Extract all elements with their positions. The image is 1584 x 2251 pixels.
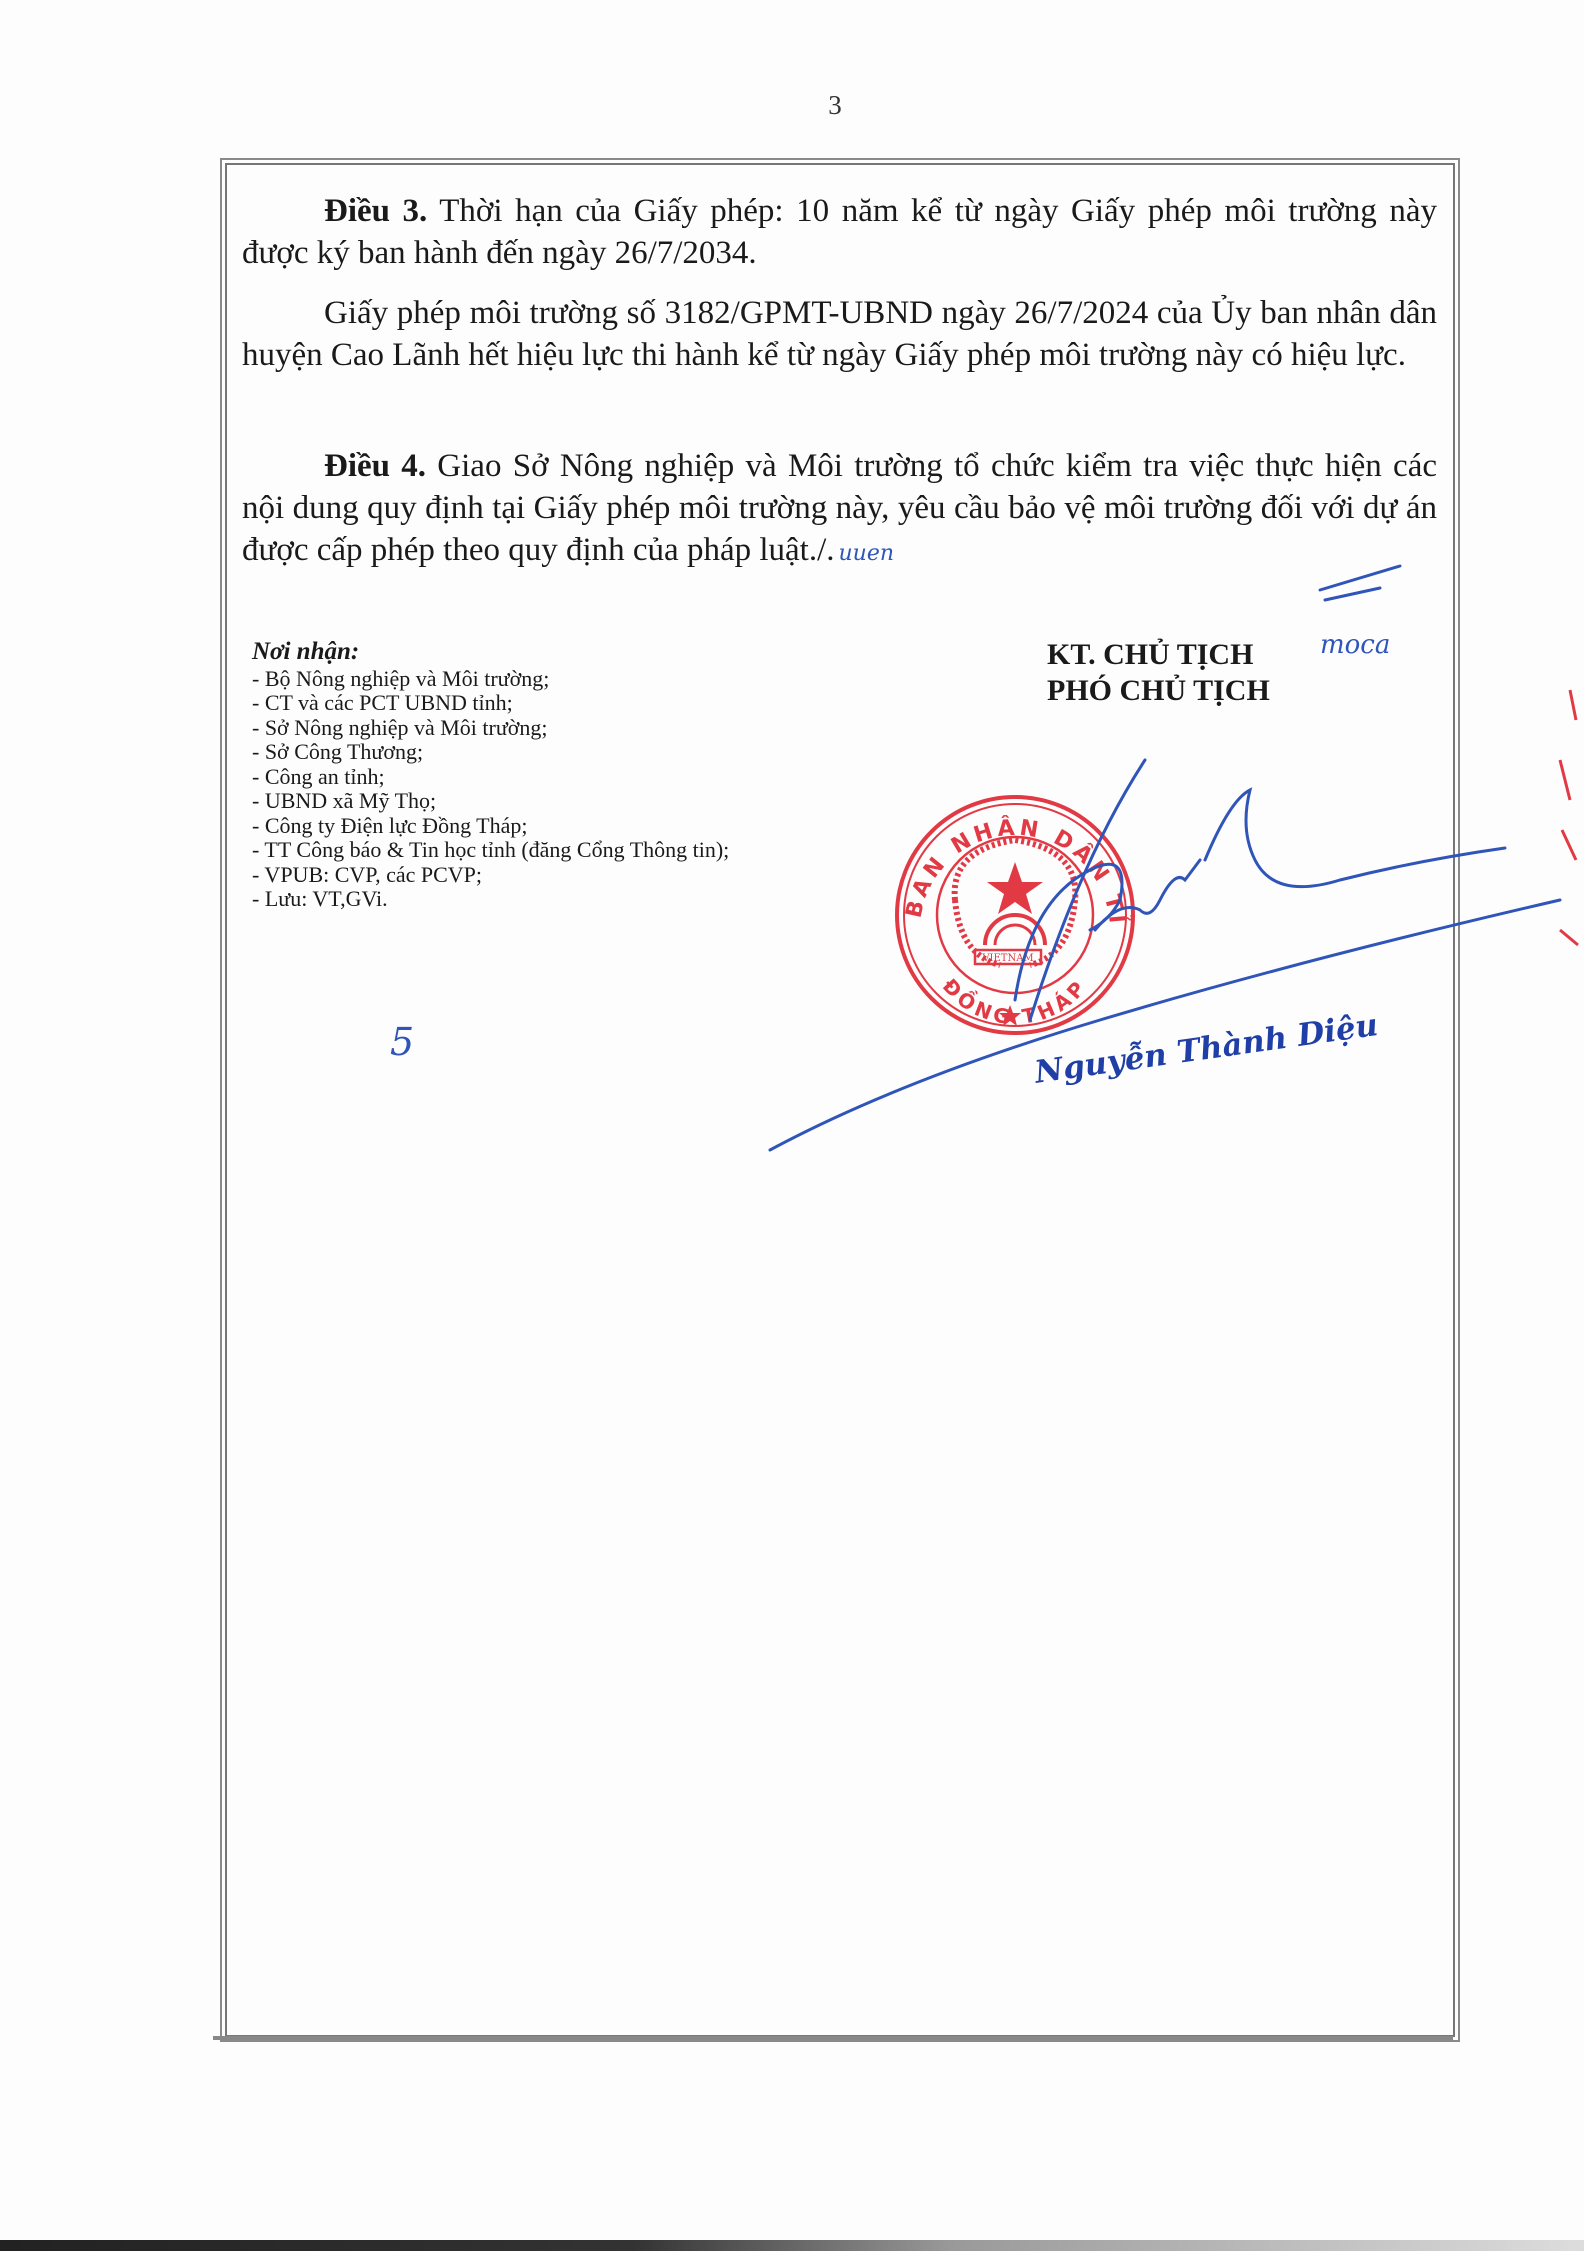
seal-star-icon	[987, 862, 1043, 914]
svg-text:ỦY BAN NHÂN DÂN TỈNH: ỦY BAN NHÂN DÂN TỈNH	[0, 0, 1132, 931]
partial-seal-edge	[1560, 690, 1578, 945]
scan-edge-shadow	[0, 2240, 1584, 2251]
seal-and-signature: ỦY BAN NHÂN DÂN TỈNH ĐỒNG THÁP VIETNAM	[0, 0, 1584, 2251]
